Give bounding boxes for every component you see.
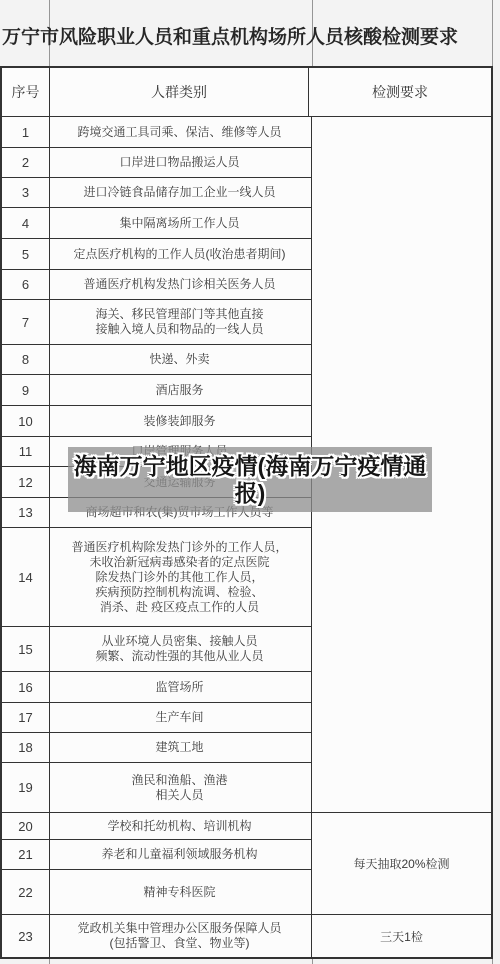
category-cell: 集中隔离场所工作人员 xyxy=(50,208,309,238)
testing-requirements-table: 序号 人群类别 检测要求 1 跨境交通工具司乘、保洁、维修等人员 2 口岸进口物… xyxy=(0,66,493,959)
row-number-cell: 13 xyxy=(2,498,50,527)
table-row: 7 海关、移民管理部门等其他直接 接触入境人员和物品的一线人员 xyxy=(2,300,311,345)
category-cell: 生产车间 xyxy=(50,703,309,732)
category-cell: 党政机关集中管理办公区服务保障人员 (包括警卫、食堂、物业等) xyxy=(50,915,309,957)
table-row: 23 党政机关集中管理办公区服务保障人员 (包括警卫、食堂、物业等) xyxy=(2,915,311,957)
row-number-cell: 15 xyxy=(2,627,50,671)
requirement-cell: 三天1检 xyxy=(312,915,491,957)
row-number-cell: 12 xyxy=(2,467,50,497)
row-number-cell: 21 xyxy=(2,840,50,869)
category-cell: 学校和托幼机构、培训机构 xyxy=(50,813,309,839)
row-number-cell: 4 xyxy=(2,208,50,238)
table-row: 18 建筑工地 xyxy=(2,733,311,763)
category-cell: 进口冷链食品储存加工企业一线人员 xyxy=(50,178,309,207)
table-row: 21 养老和儿童福利领域服务机构 xyxy=(2,840,311,870)
category-cell: 建筑工地 xyxy=(50,733,309,762)
row-number-cell: 14 xyxy=(2,528,50,626)
table-header-row: 序号 人群类别 检测要求 xyxy=(2,68,491,117)
row-number-cell: 11 xyxy=(2,437,50,466)
category-cell: 定点医疗机构的工作人员(收治患者期间) xyxy=(50,239,309,269)
table-row: 4 集中隔离场所工作人员 xyxy=(2,208,311,239)
table-row: 1 跨境交通工具司乘、保洁、维修等人员 xyxy=(2,117,311,148)
row-number-cell: 9 xyxy=(2,375,50,405)
category-cell: 快递、外卖 xyxy=(50,345,309,374)
category-cell: 口岸进口物品搬运人员 xyxy=(50,148,309,177)
row-number-cell: 22 xyxy=(2,870,50,914)
category-cell: 酒店服务 xyxy=(50,375,309,405)
row-number-cell: 6 xyxy=(2,270,50,299)
table-body: 1 跨境交通工具司乘、保洁、维修等人员 2 口岸进口物品搬运人员 3 进口冷链食… xyxy=(2,117,491,957)
row-number-cell: 20 xyxy=(2,813,50,839)
category-cell: 普通医疗机构发热门诊相关医务人员 xyxy=(50,270,309,299)
header-cell-requirement: 检测要求 xyxy=(309,68,491,116)
row-number-cell: 2 xyxy=(2,148,50,177)
table-row: 16 监管场所 xyxy=(2,672,311,703)
category-cell: 跨境交通工具司乘、保洁、维修等人员 xyxy=(50,117,309,147)
document-page: 万宁市风险职业人员和重点机构场所人员核酸检测要求 序号 人群类别 检测要求 1 … xyxy=(0,0,500,964)
table-row: 9 酒店服务 xyxy=(2,375,311,406)
table-row: 20 学校和托幼机构、培训机构 xyxy=(2,813,311,840)
table-row: 5 定点医疗机构的工作人员(收治患者期间) xyxy=(2,239,311,270)
row-number-cell: 17 xyxy=(2,703,50,732)
category-cell: 养老和儿童福利领域服务机构 xyxy=(50,840,309,869)
watermark-overlay: 海南万宁地区疫情(海南万宁疫情通 报) xyxy=(68,447,432,512)
row-number-cell: 16 xyxy=(2,672,50,702)
row-number-cell: 18 xyxy=(2,733,50,762)
category-cell: 普通医疗机构除发热门诊外的工作人员， 未收治新冠病毒感染者的定点医院 除发热门诊… xyxy=(50,528,309,626)
category-cell: 渔民和渔船、渔港 相关人员 xyxy=(50,763,309,812)
header-cell-category: 人群类别 xyxy=(50,68,309,116)
requirement-cell: 每天抽取20%检测 xyxy=(312,813,491,915)
header-cell-number: 序号 xyxy=(2,68,50,116)
table-row: 17 生产车间 xyxy=(2,703,311,733)
category-cell: 从业环境人员密集、接触人员 频繁、流动性强的其他从业人员 xyxy=(50,627,309,671)
table-row: 6 普通医疗机构发热门诊相关医务人员 xyxy=(2,270,311,300)
watermark-text: 海南万宁地区疫情(海南万宁疫情通 报) xyxy=(74,453,427,507)
table-row: 22 精神专科医院 xyxy=(2,870,311,915)
table-row: 10 装修装卸服务 xyxy=(2,406,311,437)
row-number-cell: 23 xyxy=(2,915,50,957)
row-number-cell: 19 xyxy=(2,763,50,812)
table-row: 8 快递、外卖 xyxy=(2,345,311,375)
row-number-cell: 8 xyxy=(2,345,50,374)
row-number-cell: 7 xyxy=(2,300,50,344)
row-number-cell: 5 xyxy=(2,239,50,269)
table-row: 15 从业环境人员密集、接触人员 频繁、流动性强的其他从业人员 xyxy=(2,627,311,672)
row-number-cell: 3 xyxy=(2,178,50,207)
page-title: 万宁市风险职业人员和重点机构场所人员核酸检测要求 xyxy=(2,22,498,49)
table-row: 14 普通医疗机构除发热门诊外的工作人员， 未收治新冠病毒感染者的定点医院 除发… xyxy=(2,528,311,627)
row-number-cell: 1 xyxy=(2,117,50,147)
table-row: 3 进口冷链食品储存加工企业一线人员 xyxy=(2,178,311,208)
category-cell: 装修装卸服务 xyxy=(50,406,309,436)
table-row: 2 口岸进口物品搬运人员 xyxy=(2,148,311,178)
category-cell: 海关、移民管理部门等其他直接 接触入境人员和物品的一线人员 xyxy=(50,300,309,344)
category-cell: 监管场所 xyxy=(50,672,309,702)
rows-column: 1 跨境交通工具司乘、保洁、维修等人员 2 口岸进口物品搬运人员 3 进口冷链食… xyxy=(2,117,312,957)
requirements-column: 一天一检 每天抽取20%检测 三天1检 xyxy=(312,117,491,957)
table-row: 19 渔民和渔船、渔港 相关人员 xyxy=(2,763,311,813)
row-number-cell: 10 xyxy=(2,406,50,436)
category-cell: 精神专科医院 xyxy=(50,870,309,914)
